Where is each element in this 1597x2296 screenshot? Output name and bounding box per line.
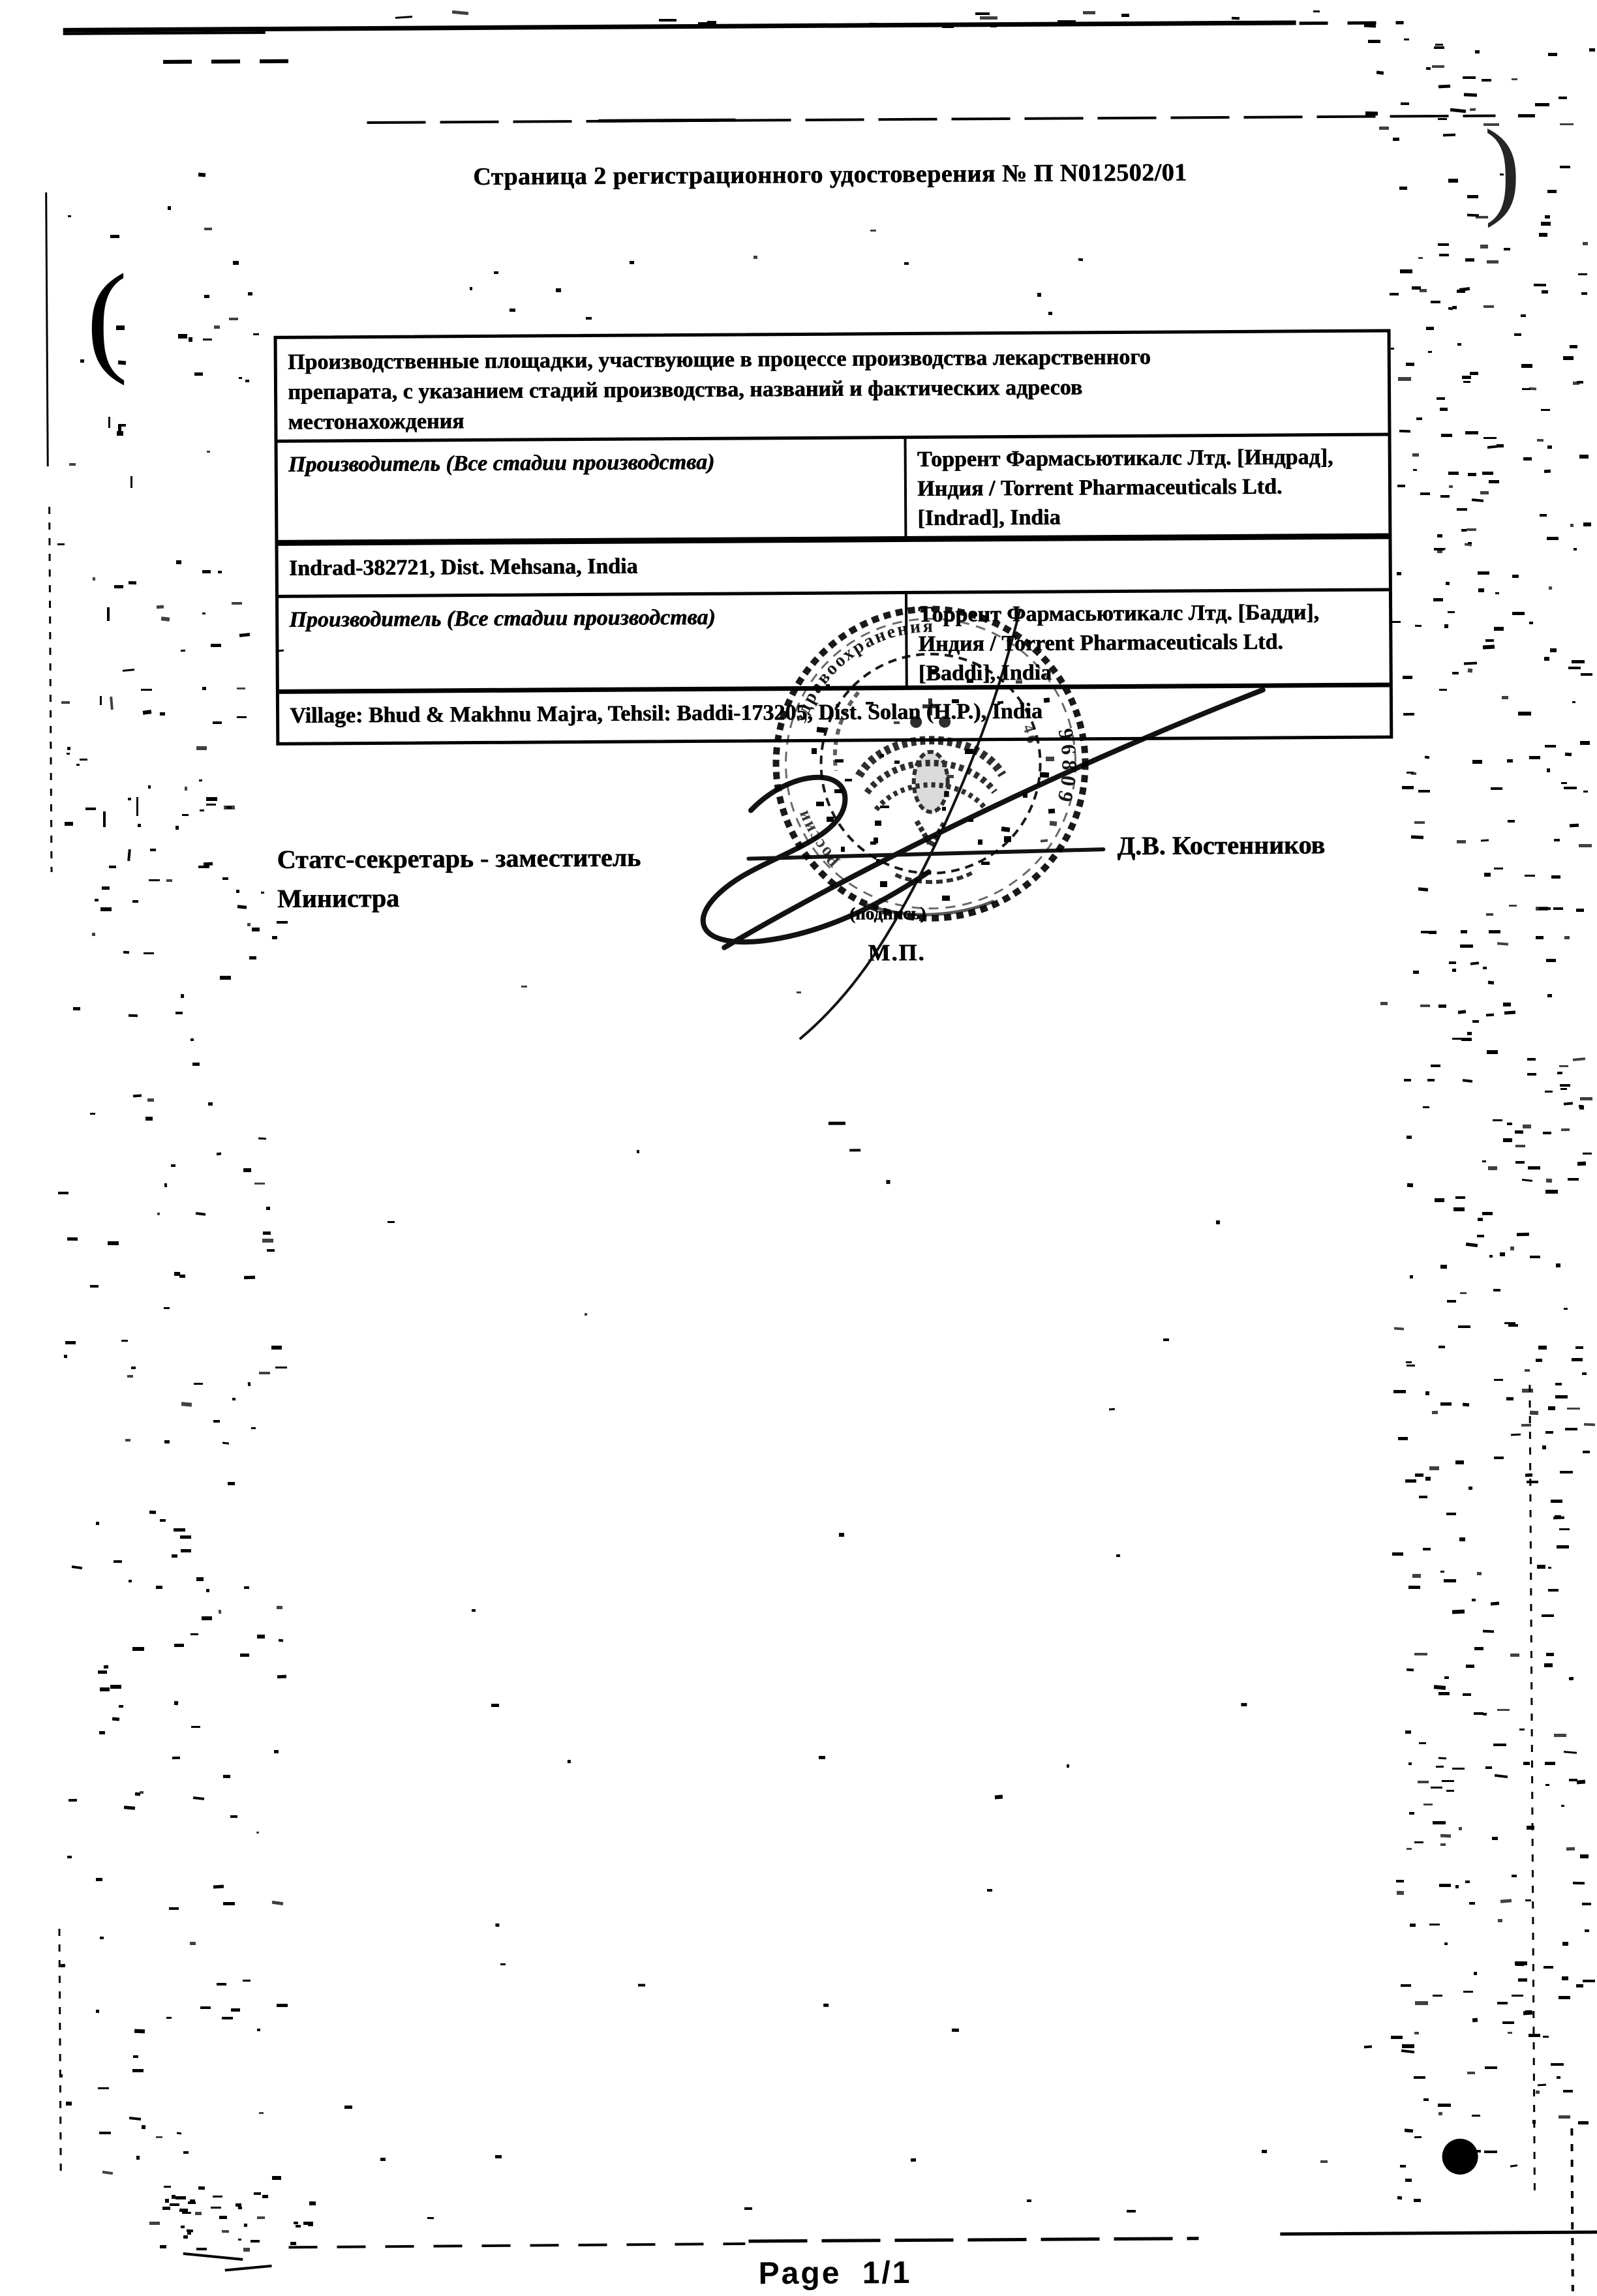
speck (110, 235, 119, 238)
speck (1464, 93, 1477, 97)
speck (1446, 582, 1450, 586)
top-left-dash-cluster (163, 59, 303, 64)
speck (1494, 868, 1503, 869)
speck (1542, 290, 1548, 294)
speck (1568, 667, 1581, 669)
speck (1412, 286, 1421, 290)
speck (845, 686, 853, 689)
speck (1565, 1428, 1577, 1430)
speck (1557, 1545, 1569, 1548)
speck (1584, 1423, 1595, 1427)
speck (64, 1355, 67, 1358)
speck (1560, 1088, 1567, 1090)
page-number: Page 1/1 (759, 2255, 912, 2291)
speck (275, 1367, 287, 1368)
speck (1390, 621, 1401, 623)
speck (930, 669, 936, 674)
speck (1468, 542, 1472, 544)
speck (1458, 1325, 1470, 1328)
speck (179, 1275, 185, 1278)
speck (990, 24, 997, 27)
speck (1484, 2151, 1497, 2153)
speck (1457, 343, 1461, 346)
speck (1546, 1653, 1554, 1656)
speck (1550, 648, 1557, 652)
manufacturer-name-line: Индия / Torrent Pharmaceuticals Ltd. (917, 472, 1384, 504)
speck (1575, 1346, 1583, 1349)
speck (1488, 1166, 1497, 1170)
speck (1470, 372, 1478, 375)
speck (1415, 625, 1422, 627)
speck (1482, 1160, 1486, 1162)
speck (1577, 1162, 1586, 1166)
speck (1559, 1996, 1570, 1999)
speck (1564, 936, 1570, 939)
speck (198, 866, 209, 868)
speck (1429, 1466, 1439, 1470)
left-paren-artifact: ( (86, 247, 129, 389)
speck (1027, 2199, 1031, 2202)
speck (95, 899, 99, 901)
speck (262, 2195, 268, 2198)
speck (1407, 1136, 1412, 1139)
speck (257, 2029, 260, 2031)
speck (967, 679, 973, 683)
speck (1512, 1875, 1517, 1877)
speck (995, 1795, 1003, 1800)
speck (1405, 1730, 1411, 1734)
speck (99, 1731, 105, 1734)
speck (1545, 1784, 1549, 1786)
speck (103, 811, 106, 827)
speck (1048, 809, 1056, 814)
speck (1480, 491, 1489, 494)
speck (104, 1665, 108, 1669)
speck (1415, 1473, 1423, 1477)
double-headed-eagle-emblem (859, 698, 1003, 883)
speck (1405, 2179, 1412, 2182)
speck (1379, 127, 1389, 130)
speck (1397, 485, 1405, 487)
speck (1518, 712, 1531, 716)
speck (827, 817, 834, 822)
speck (100, 696, 102, 705)
speck (203, 339, 212, 340)
speck (586, 317, 592, 320)
speck (1469, 1902, 1475, 1905)
speck (1543, 2036, 1549, 2038)
svg-text:96809: 96809 (1052, 726, 1082, 809)
speck (1555, 1383, 1562, 1385)
speck (1482, 79, 1491, 82)
speck (229, 318, 238, 320)
speck (1525, 875, 1535, 877)
manufacturer-name-cell: Торрент Фармасьютикалс Лтд. [Индрад], Ин… (904, 436, 1389, 536)
speck (267, 1249, 275, 1252)
speck (1504, 248, 1510, 250)
speck (132, 900, 138, 903)
speck (834, 789, 843, 793)
speck (69, 463, 76, 466)
speck (271, 1346, 282, 1350)
speck (1472, 2018, 1478, 2023)
speck (1478, 588, 1484, 592)
speck (85, 808, 96, 810)
speck (166, 2017, 172, 2019)
speck (1121, 14, 1129, 17)
speck (1078, 258, 1083, 262)
speck (1493, 1289, 1500, 1291)
speck (1477, 1235, 1484, 1237)
speck (1399, 187, 1407, 190)
speck (109, 866, 116, 868)
speck (181, 650, 185, 652)
signatory-title-line: Министра (277, 877, 641, 918)
speck (1462, 376, 1471, 379)
speck (123, 951, 129, 954)
speck (829, 1122, 845, 1125)
speck (1004, 836, 1011, 842)
speck (1580, 741, 1590, 745)
speck (100, 907, 112, 911)
speck (1562, 1976, 1568, 1980)
speck (1534, 284, 1546, 286)
speck (1414, 1653, 1427, 1655)
speck (1487, 260, 1498, 264)
speck (244, 1276, 255, 1280)
table-header-cell: Производственные площадки, участвующие в… (277, 332, 1388, 442)
speck (500, 1963, 506, 1965)
speck (1364, 24, 1376, 28)
speck (1573, 1882, 1585, 1884)
speck (1414, 2199, 1421, 2202)
speck (1515, 1161, 1525, 1164)
speck (243, 1168, 251, 1172)
speck (1546, 959, 1556, 962)
speck (1539, 233, 1547, 237)
speck (102, 886, 110, 890)
speck (129, 581, 136, 584)
speck (1547, 768, 1550, 772)
speck (272, 2176, 281, 2180)
speck (1519, 1729, 1525, 1730)
speck (1581, 292, 1587, 295)
speck (1419, 1742, 1426, 1744)
speck (1538, 1346, 1547, 1350)
speck (213, 2196, 222, 2198)
speck (1427, 1079, 1435, 1081)
speck (1423, 2098, 1429, 2101)
speck (1163, 1338, 1169, 1341)
speck (1561, 1805, 1564, 1807)
speck (1547, 446, 1552, 449)
speck (1561, 1128, 1570, 1131)
speck (1577, 381, 1583, 384)
speck (1400, 2165, 1406, 2168)
speck (1521, 1424, 1531, 1427)
speck (1398, 1437, 1408, 1440)
speck (1463, 1403, 1469, 1407)
speck (839, 1533, 844, 1537)
speck (1461, 529, 1467, 532)
speck (1423, 1804, 1433, 1805)
speck (1411, 772, 1416, 775)
speck (149, 1511, 156, 1515)
speck (1410, 1924, 1416, 1927)
speck (251, 1427, 256, 1429)
speck (261, 892, 264, 894)
speck (952, 2029, 959, 2032)
speck (1574, 548, 1577, 551)
speck (845, 779, 852, 781)
speck (1440, 1402, 1452, 1406)
speck (1414, 2076, 1425, 2079)
speck (164, 1440, 170, 1443)
speck (204, 228, 212, 230)
speck (67, 1237, 78, 1241)
speck (232, 1398, 236, 1400)
speck (1495, 592, 1499, 594)
speck (1480, 245, 1488, 249)
bottom-left-curve-dash (225, 2265, 272, 2272)
speck (217, 1983, 226, 1986)
speck (207, 451, 210, 453)
speck (1517, 1233, 1529, 1236)
speck (1459, 1827, 1462, 1830)
speck (90, 1285, 99, 1288)
speck (1560, 1471, 1573, 1473)
speck (131, 1367, 136, 1369)
speck (894, 761, 900, 764)
signatory-title-line: Статс-секретарь - заместитель (277, 838, 641, 879)
speck (1438, 2112, 1443, 2116)
speck (138, 824, 141, 827)
speck (1549, 586, 1553, 590)
speck (1460, 944, 1473, 948)
speck (202, 612, 205, 614)
speck (1474, 1972, 1477, 1975)
speck (1569, 1779, 1577, 1781)
speck (220, 976, 231, 980)
speck (1572, 1358, 1583, 1361)
speck (1467, 1032, 1472, 1035)
speck (638, 1984, 645, 1986)
speck (187, 2231, 191, 2235)
speck (118, 424, 121, 436)
speck (1452, 1609, 1465, 1614)
speck (1057, 20, 1076, 22)
speck (194, 372, 203, 376)
speck (134, 2029, 145, 2034)
speck (195, 2212, 202, 2215)
speck (1545, 1190, 1558, 1194)
speck (1438, 1346, 1445, 1348)
speck (1452, 1768, 1465, 1770)
table-header-line: местонахождения (288, 401, 1376, 438)
svg-text:46: 46 (1019, 722, 1041, 748)
speck (232, 602, 242, 605)
speck (192, 1063, 200, 1066)
speck (1570, 345, 1577, 348)
speck (1548, 1589, 1559, 1592)
speck (1457, 840, 1466, 843)
speck (259, 1372, 270, 1374)
right-dotted-line (1529, 1385, 1536, 2194)
speck (162, 2207, 170, 2210)
speck (1508, 1324, 1518, 1327)
speck (1508, 820, 1515, 823)
speck (1509, 905, 1517, 907)
seal-ring-digits-small: 46 (1019, 722, 1041, 748)
speck (1408, 1762, 1412, 1765)
speck (1489, 930, 1500, 933)
speck (198, 2186, 205, 2190)
speck (133, 2055, 138, 2058)
speck (568, 1760, 571, 1763)
speck (1583, 1451, 1590, 1453)
speck (1559, 1528, 1570, 1530)
speck (1414, 2136, 1422, 2138)
speck (1438, 118, 1447, 120)
speck (1585, 1929, 1589, 1932)
speck (1127, 2210, 1136, 2213)
speck (1536, 907, 1548, 911)
seal-place-mark: М.П. (868, 939, 925, 967)
speck (73, 1007, 80, 1010)
speck (823, 2004, 829, 2007)
speck (309, 2201, 316, 2205)
speck (218, 571, 222, 573)
speck (1565, 753, 1572, 757)
speck (213, 721, 222, 724)
speck (826, 684, 830, 687)
speck (1512, 78, 1517, 80)
speck (214, 325, 220, 329)
speck (1313, 10, 1320, 12)
speck (1563, 2090, 1573, 2092)
speck (272, 936, 277, 939)
speck (1529, 756, 1540, 759)
speck (491, 1704, 499, 1707)
speck (1532, 2120, 1536, 2124)
speck (68, 1799, 77, 1802)
speck (248, 292, 252, 295)
speck (1472, 2115, 1480, 2117)
speck (128, 798, 131, 800)
speck (257, 2216, 265, 2219)
speck (1560, 123, 1574, 125)
speck (1444, 1942, 1448, 1945)
speck (1414, 821, 1425, 824)
table-row-manufacturer-indrad: Производитель (Все стадии производства) … (278, 436, 1389, 545)
speck (1391, 2036, 1403, 2039)
speck (1402, 2044, 1414, 2048)
speck (1470, 2150, 1481, 2152)
speck (211, 644, 221, 647)
speck (1439, 689, 1447, 691)
speck (107, 607, 110, 621)
speck (817, 727, 826, 733)
speck (80, 759, 87, 761)
speck (1407, 1669, 1414, 1672)
speck (256, 1832, 259, 1834)
speck (1525, 1369, 1530, 1372)
speck (149, 879, 160, 881)
speck (1435, 1198, 1444, 1202)
speck (1472, 1599, 1476, 1601)
speck (1578, 2121, 1589, 2124)
speck (1554, 839, 1560, 841)
speck (427, 2217, 434, 2219)
page-title: Страница 2 регистрационного удостоверени… (473, 158, 1187, 191)
speck (1515, 1130, 1523, 1134)
speck (987, 1889, 992, 1892)
speck (1577, 1779, 1585, 1784)
speck (947, 775, 954, 778)
speck (251, 2240, 260, 2243)
speck (185, 787, 187, 791)
speck (1486, 1014, 1494, 1017)
speck (1474, 1712, 1483, 1715)
speck (1557, 2076, 1560, 2079)
speck (1576, 1984, 1583, 1987)
speck (1548, 53, 1557, 56)
speck (1067, 1764, 1069, 1768)
speck (1546, 1179, 1552, 1183)
speck (1398, 377, 1411, 381)
speck (1551, 2063, 1564, 2066)
speck (114, 1560, 122, 1563)
speck (1446, 1513, 1456, 1515)
speck (1510, 1654, 1519, 1657)
speck (1414, 2032, 1419, 2034)
speck (244, 2224, 247, 2227)
speck (1438, 2104, 1451, 2107)
speck (870, 230, 876, 232)
speck (1435, 44, 1443, 46)
speck (1566, 1847, 1575, 1850)
speck (1500, 1252, 1505, 1256)
speck (136, 797, 138, 816)
speck (1489, 480, 1499, 483)
speck (1408, 1586, 1420, 1589)
speck (1412, 453, 1419, 457)
speck (1418, 257, 1423, 259)
speck (1440, 1834, 1451, 1838)
speck (132, 2069, 144, 2072)
speck (278, 650, 284, 652)
speck (1582, 1903, 1591, 1905)
speck (1542, 1614, 1554, 1617)
speck (1580, 1097, 1592, 1100)
speck (127, 1375, 133, 1378)
speck (978, 839, 982, 845)
speck (472, 1609, 476, 1612)
speck (1547, 537, 1559, 540)
speck (1525, 2010, 1532, 2013)
speck (1530, 1256, 1540, 1258)
speck (222, 2017, 233, 2019)
speck (1483, 123, 1499, 126)
signatory-title: Статс-секретарь - заместитель Министра (277, 838, 641, 918)
speck (244, 1586, 249, 1589)
speck (183, 2235, 188, 2239)
speck (175, 2196, 186, 2199)
speck (238, 2239, 241, 2241)
speck (160, 712, 165, 716)
speck (1525, 1899, 1531, 1901)
speck (1521, 314, 1526, 317)
